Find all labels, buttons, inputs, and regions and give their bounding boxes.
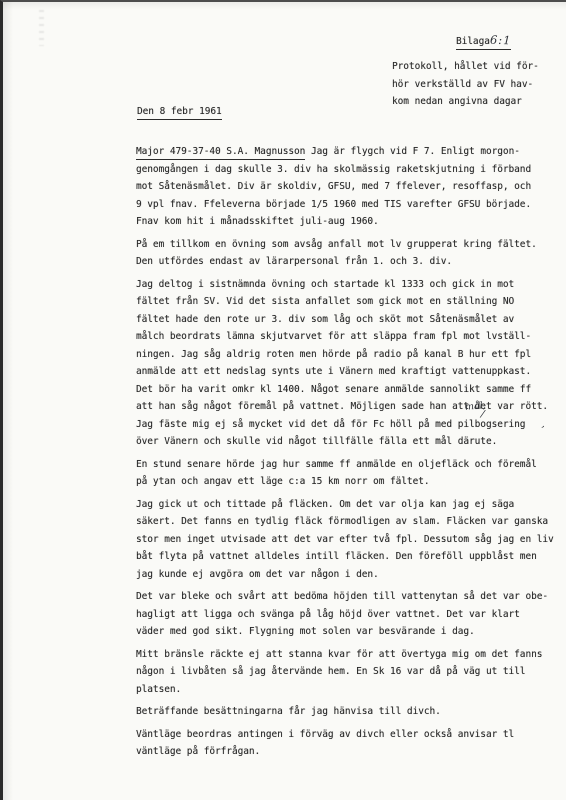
paragraph-9: Väntläge beordras antingen i förväg av d… — [136, 726, 560, 761]
paragraph-2: På em tillkom en övning som avsåg anfall… — [136, 236, 560, 271]
pencil-smudge-mark — [39, 10, 44, 46]
attachment-label: Bilaga — [456, 36, 490, 47]
date-heading: Den 8 febr 1961 — [137, 106, 222, 120]
paragraph-5: Jag gick ut och tittade på fläcken. Om d… — [136, 496, 560, 584]
paragraph-7: Mitt bränsle räckte ej att stanna kvar f… — [136, 646, 560, 699]
paragraph-8: Beträffande besättningarna får jag hänvi… — [136, 703, 560, 721]
attachment-number-handwritten: 6:1 — [490, 33, 512, 48]
scanned-document-page: Bilaga6:1 Protokoll, hållet vid för- hör… — [0, 0, 566, 800]
protocol-note: Protokoll, hållet vid för- hör verkställ… — [392, 58, 552, 111]
paragraph-6: Det var bleke och svårt att bedöma höjde… — [136, 588, 560, 641]
attachment-heading: Bilaga6:1 — [456, 33, 511, 50]
paragraph-1: Major 479-37-40 S.A. MagnussonJag är fly… — [136, 143, 560, 231]
document-body: Major 479-37-40 S.A. MagnussonJag är fly… — [136, 143, 560, 766]
paragraph-4: En stund senare hörde jag hur samme ff a… — [136, 456, 560, 491]
paragraph-3: Jag deltog i sistnämnda övning och start… — [136, 276, 560, 451]
speaker-name: Major 479-37-40 S.A. Magnusson — [136, 146, 305, 160]
